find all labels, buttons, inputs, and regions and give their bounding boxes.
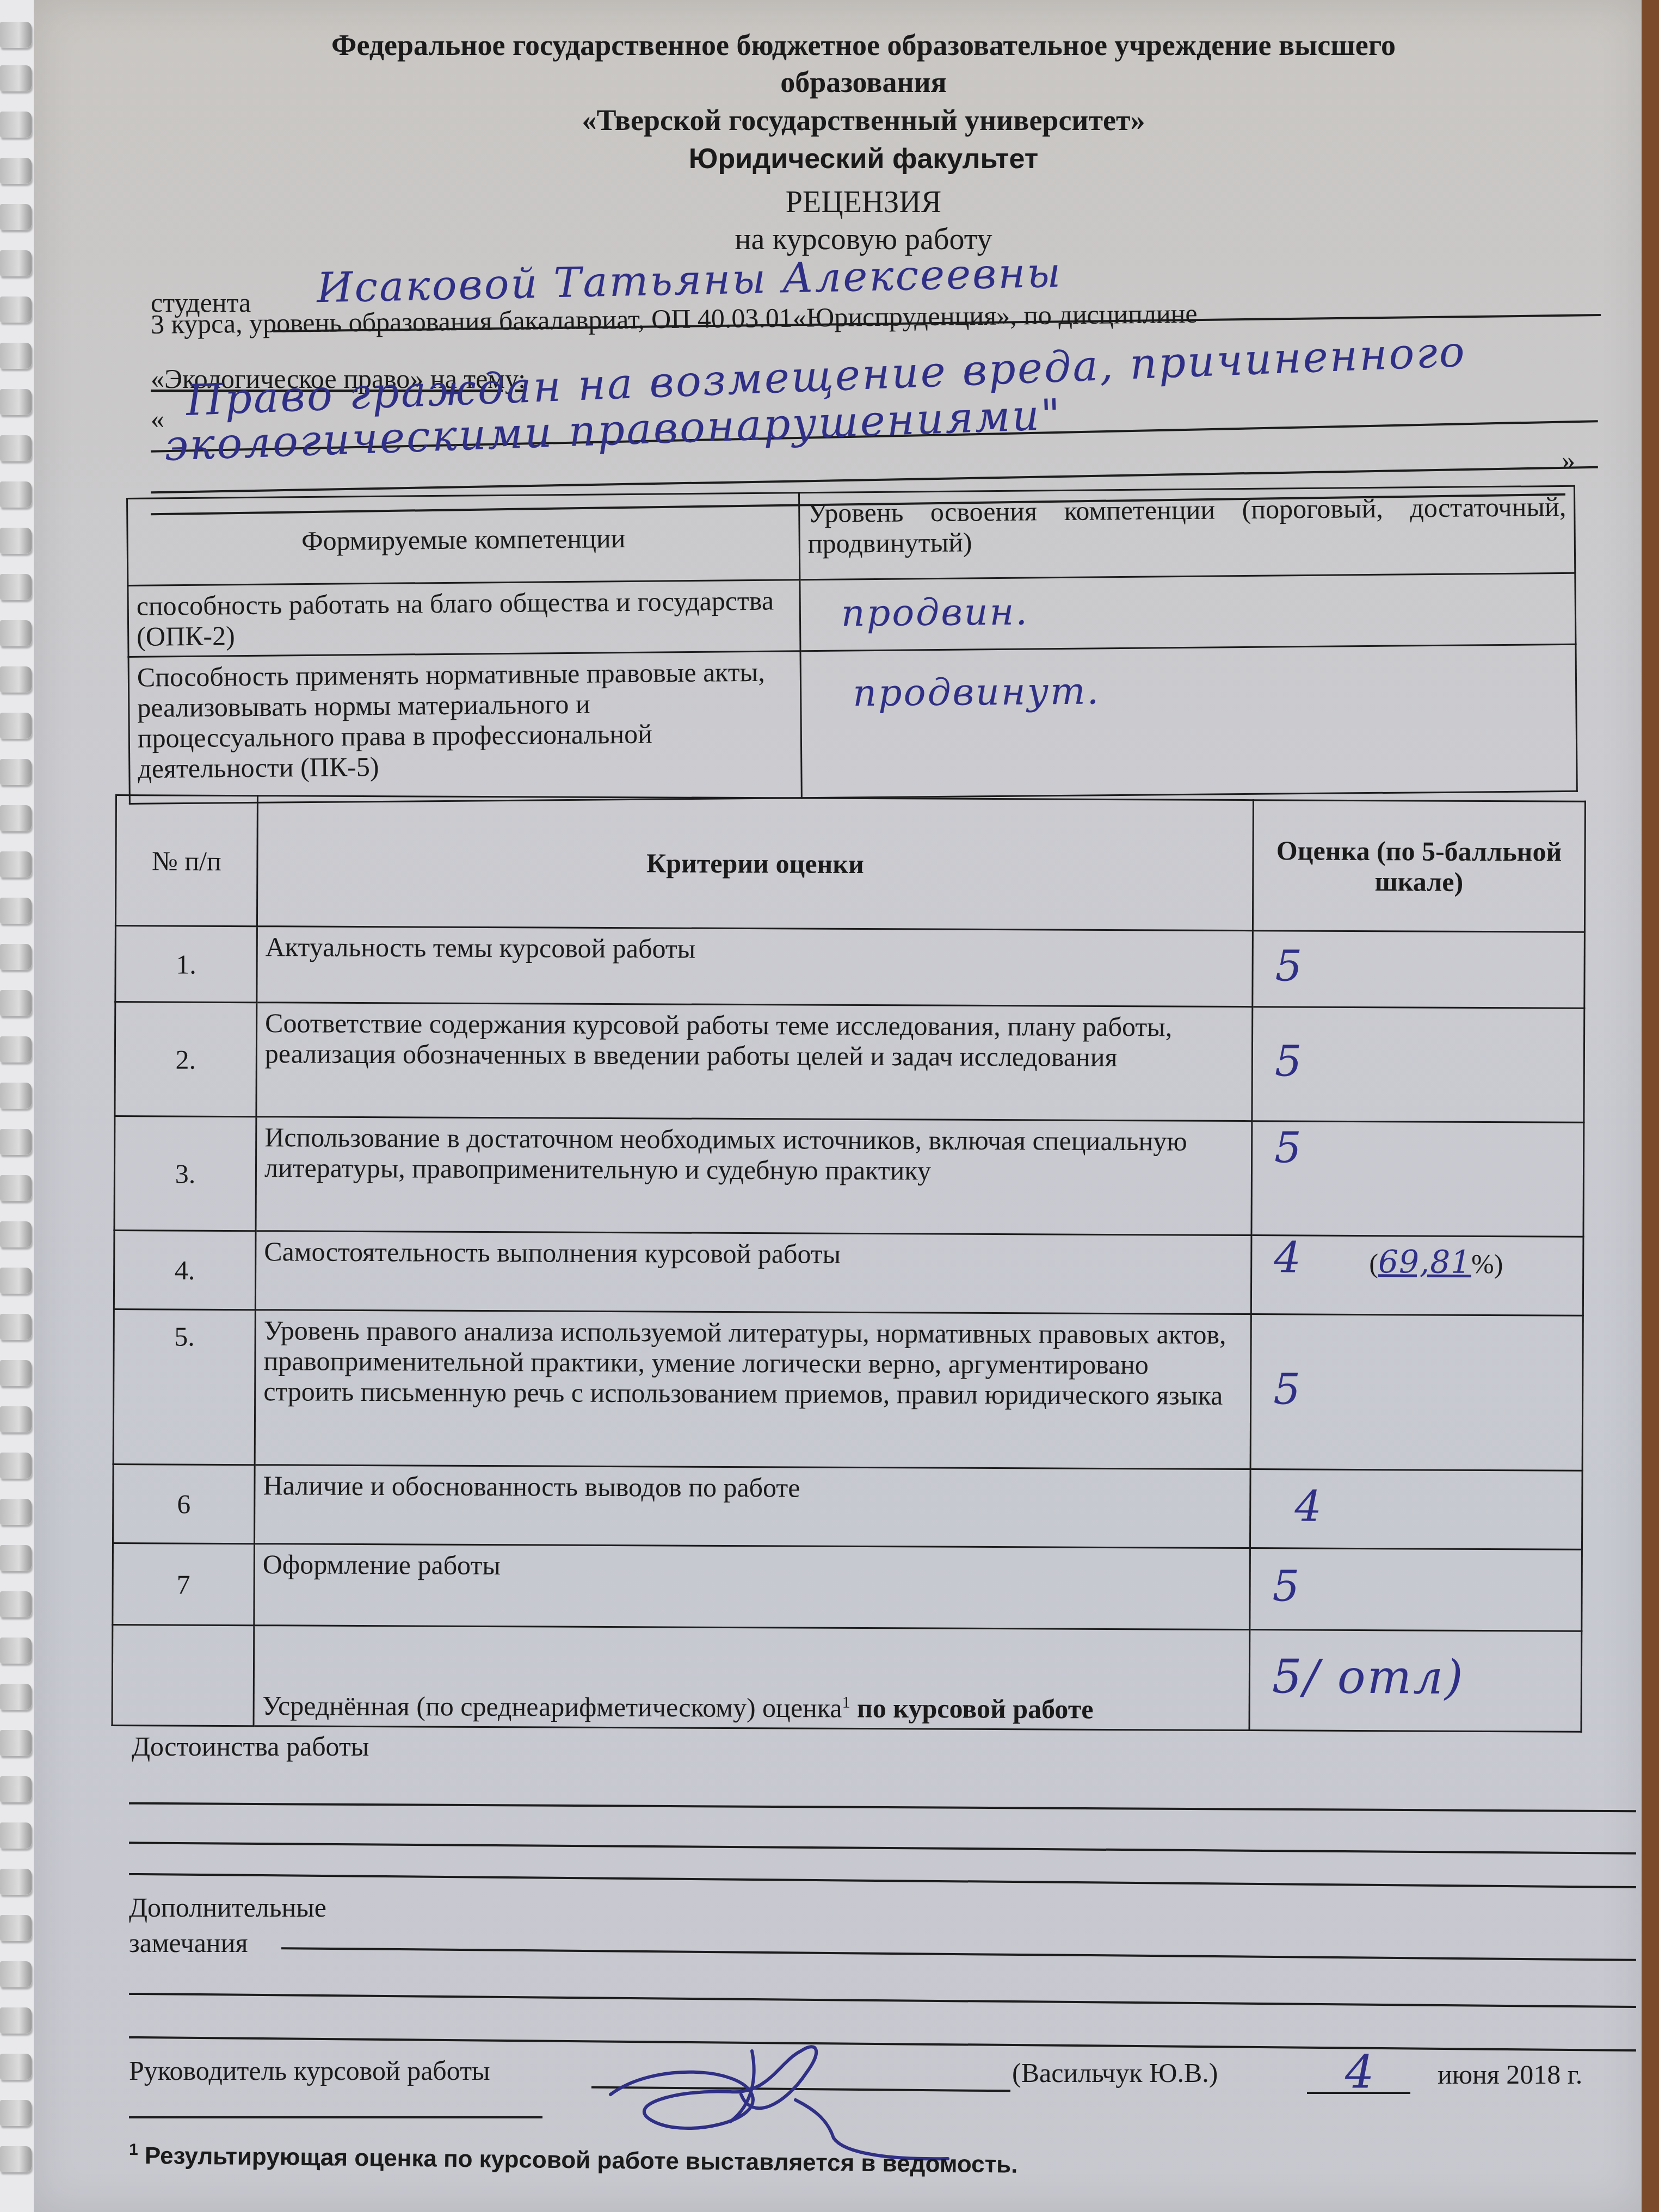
criterion-header: Критерии оценки [257, 796, 1253, 931]
criteria-table: № п/п Критерии оценки Оценка (по 5-балль… [112, 794, 1586, 1733]
table-row: 3. Использование в достаточном необходим… [114, 1116, 1584, 1237]
signature-day: 4 [1345, 2046, 1376, 2099]
grade-value: 5 [1275, 1037, 1304, 1086]
institution-line: Федеральное государственное бюджетное об… [197, 28, 1530, 62]
table-row: 7 Оформление работы 5 [113, 1543, 1582, 1631]
supervisor-name: (Васильчук Ю.В.) [1012, 2057, 1218, 2088]
grade-value: 5 [1272, 1562, 1301, 1611]
criterion-text: Оформление работы [254, 1544, 1250, 1630]
signature-month-year: июня 2018 г. [1438, 2059, 1582, 2090]
table-row: 4. Самостоятельность выполнения курсовой… [114, 1230, 1583, 1315]
document-title: РЕЦЕНЗИЯ [197, 185, 1530, 220]
supervisor-label: Руководитель курсовой работы [129, 2055, 490, 2086]
num-header: № п/п [115, 795, 257, 926]
grade-value: 5 [1274, 1123, 1303, 1172]
additional-remarks-label: Дополнительные [129, 1892, 326, 1923]
grade-value: 4 [1294, 1482, 1323, 1531]
merits-label: Достоинства работы [132, 1731, 369, 1762]
criterion-text: Соответствие содержания курсовой работы … [256, 1003, 1253, 1121]
grade-header: Оценка (по 5-балльной шкале) [1253, 800, 1585, 932]
course-line: 3 курса, уровень образования бакалавриат… [151, 298, 1198, 339]
criterion-text: Самостоятельность выполнения курсовой ра… [255, 1231, 1251, 1314]
competence-pk5: Способность применять нормативные правов… [128, 651, 801, 804]
criterion-text: Уровень правого анализа используемой лит… [255, 1310, 1251, 1469]
document-page: Федеральное государственное бюджетное об… [34, 0, 1642, 2212]
average-label: Усреднённая (по среднеарифметическому) о… [262, 1690, 842, 1723]
competencies-table: Формируемые компетенции Уровень освоения… [126, 485, 1578, 805]
university-name: «Тверской государственный университет» [197, 103, 1530, 137]
originality-percent: 69,81 [1378, 1243, 1471, 1281]
spiral-binding [0, 0, 36, 2212]
grade-value: 5 [1273, 1365, 1302, 1414]
level-header: Уровень освоения компетенции (пороговый,… [799, 486, 1575, 579]
level-pk5: продвинут. [853, 670, 1101, 715]
table-row: 5. Уровень правого анализа используемой … [113, 1309, 1583, 1470]
table-row: 1. Актуальность темы курсовой работы 5 [115, 926, 1585, 1009]
criterion-text: Актуальность темы курсовой работы [257, 926, 1253, 1007]
institution-line-2: образования [197, 65, 1530, 99]
grade-value: 4 [1274, 1233, 1303, 1282]
criterion-text: Использование в достаточном необходимых … [256, 1117, 1252, 1235]
table-row: 6 Наличие и обоснованность выводов по ра… [113, 1464, 1582, 1549]
criterion-text: Наличие и обоснованность выводов по рабо… [254, 1465, 1250, 1548]
table-row: 2. Соответствие содержания курсовой рабо… [115, 1002, 1584, 1123]
faculty-name: Юридический факультет [197, 143, 1530, 175]
level-opk2: продвин. [841, 590, 1029, 635]
grade-value: 5 [1275, 942, 1304, 991]
average-row: Усреднённая (по среднеарифметическому) о… [112, 1624, 1582, 1732]
average-grade: 5/ отл) [1272, 1649, 1465, 1705]
competence-opk2: способность работать на благо общества и… [128, 580, 800, 657]
competencies-header: Формируемые компетенции [127, 493, 800, 586]
